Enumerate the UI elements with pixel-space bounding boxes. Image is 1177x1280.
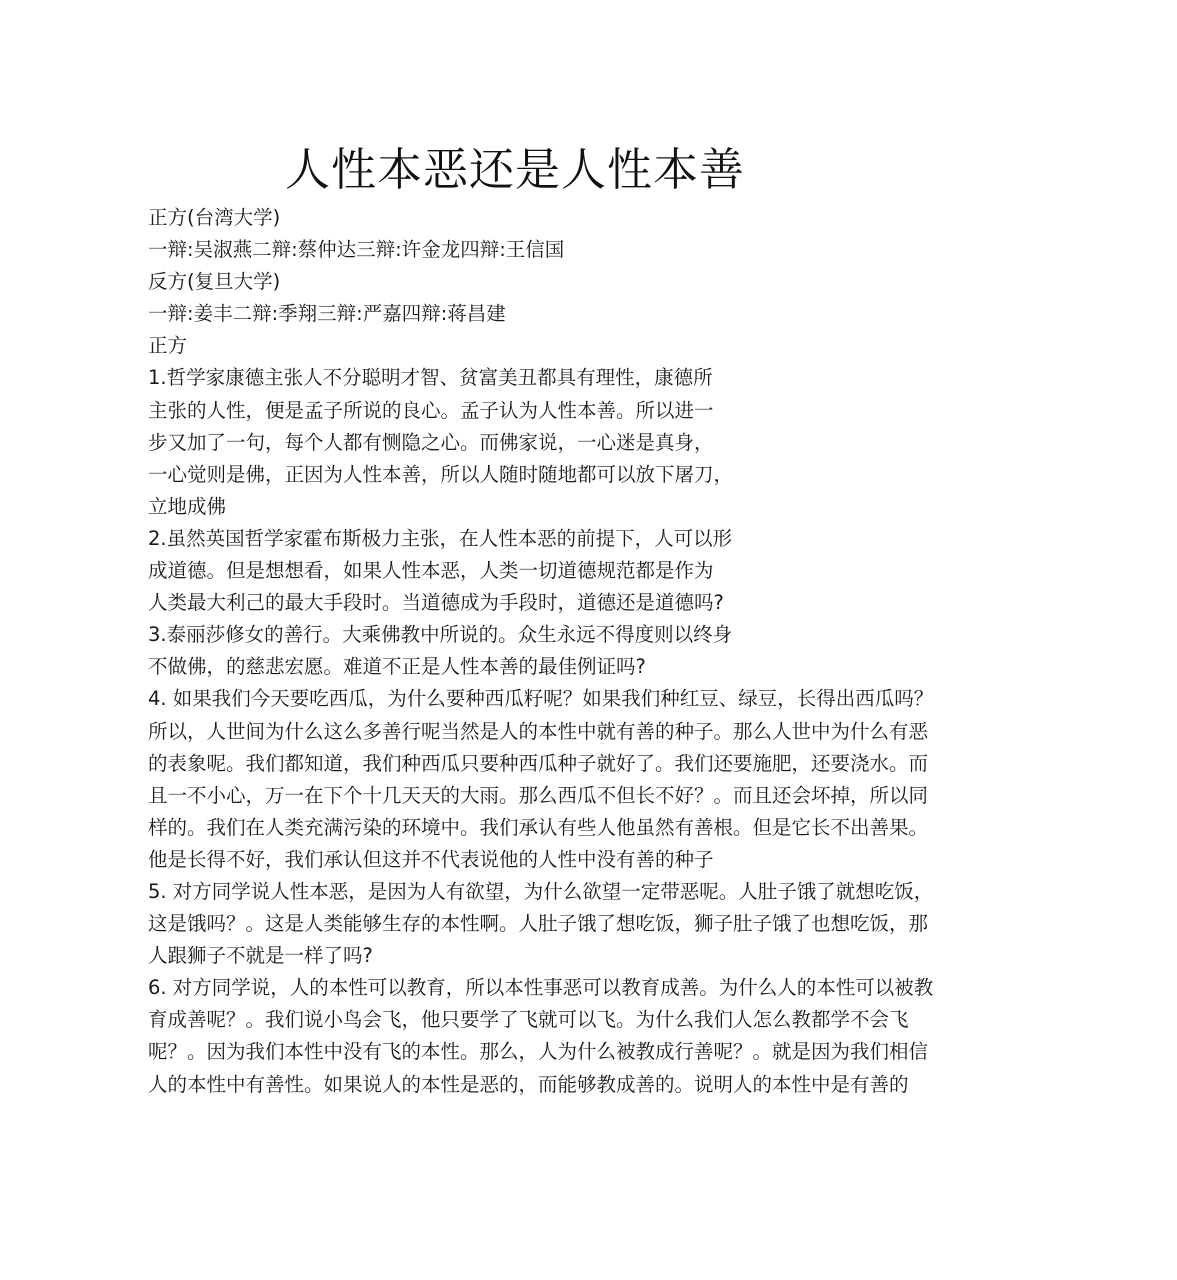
paragraph-line: 成道德。但是想想看，如果人性本恶，人类一切道德规范都是作为	[148, 555, 1018, 587]
side-heading-affirmative: 正方(台湾大学)	[148, 202, 1018, 234]
paragraph-line: 所以，人世间为什么这么多善行呢当然是人的本性中就有善的种子。那么人世中为什么有恶	[148, 716, 1018, 748]
document-body: 正方(台湾大学) 一辩:吴淑燕二辩:蔡仲达三辩:许金龙四辩:王信国 反方(复旦大…	[148, 202, 1018, 1101]
paragraph-line: 人的本性中有善性。如果说人的本性是恶的，而能够教成善的。说明人的本性中是有善的	[148, 1069, 1018, 1101]
affirmative-debaters: 一辩:吴淑燕二辩:蔡仲达三辩:许金龙四辩:王信国	[148, 234, 1018, 266]
paragraph-line: 1.哲学家康德主张人不分聪明才智、贫富美丑都具有理性，康德所	[148, 362, 1018, 394]
paragraph-line: 4. 如果我们今天要吃西瓜，为什么要种西瓜籽呢？如果我们种红豆、绿豆，长得出西瓜…	[148, 683, 1018, 715]
paragraph-line: 呢？。因为我们本性中没有飞的本性。那么，人为什么被教成行善呢？。就是因为我们相信	[148, 1036, 1018, 1068]
paragraph-line: 人类最大利己的最大手段时。当道德成为手段时，道德还是道德吗?	[148, 587, 1018, 619]
paragraph-line: 这是饿吗？。这是人类能够生存的本性啊。人肚子饿了想吃饭，狮子肚子饿了也想吃饭，那	[148, 908, 1018, 940]
section-heading-affirmative: 正方	[148, 330, 1018, 362]
paragraph-line: 不做佛，的慈悲宏愿。难道不正是人性本善的最佳例证吗?	[148, 651, 1018, 683]
paragraph-line: 一心觉则是佛，正因为人性本善，所以人随时随地都可以放下屠刀，	[148, 459, 1018, 491]
paragraph-line: 的表象呢。我们都知道，我们种西瓜只要种西瓜种子就好了。我们还要施肥，还要浇水。而	[148, 748, 1018, 780]
paragraph-line: 人跟狮子不就是一样了吗?	[148, 940, 1018, 972]
paragraph-line: 2.虽然英国哲学家霍布斯极力主张，在人性本恶的前提下，人可以形	[148, 523, 1018, 555]
paragraph-line: 3.泰丽莎修女的善行。大乘佛教中所说的。众生永远不得度则以终身	[148, 619, 1018, 651]
paragraph-line: 样的。我们在人类充满污染的环境中。我们承认有些人他虽然有善根。但是它长不出善果。	[148, 812, 1018, 844]
paragraph-line: 立地成佛	[148, 491, 1018, 523]
paragraph-line: 育成善呢？。我们说小鸟会飞，他只要学了飞就可以飞。为什么我们人怎么教都学不会飞	[148, 1004, 1018, 1036]
side-heading-negative: 反方(复旦大学)	[148, 266, 1018, 298]
negative-debaters: 一辩:姜丰二辩:季翔三辩:严嘉四辩:蒋昌建	[148, 298, 1018, 330]
document-title: 人性本恶还是人性本善	[285, 140, 745, 200]
paragraph-line: 5. 对方同学说人性本恶，是因为人有欲望，为什么欲望一定带恶呢。人肚子饿了就想吃…	[148, 876, 1018, 908]
document-page: 人性本恶还是人性本善 正方(台湾大学) 一辩:吴淑燕二辩:蔡仲达三辩:许金龙四辩…	[0, 0, 1177, 1280]
paragraph-line: 6. 对方同学说，人的本性可以教育，所以本性事恶可以教育成善。为什么人的本性可以…	[148, 972, 1018, 1004]
paragraph-line: 步又加了一句，每个人都有恻隐之心。而佛家说，一心迷是真身，	[148, 427, 1018, 459]
paragraph-line: 且一不小心，万一在下个十几天天的大雨。那么西瓜不但长不好？。而且还会坏掉，所以同	[148, 780, 1018, 812]
paragraph-line: 他是长得不好，我们承认但这并不代表说他的人性中没有善的种子	[148, 844, 1018, 876]
paragraph-line: 主张的人性，便是孟子所说的良心。孟子认为人性本善。所以进一	[148, 395, 1018, 427]
